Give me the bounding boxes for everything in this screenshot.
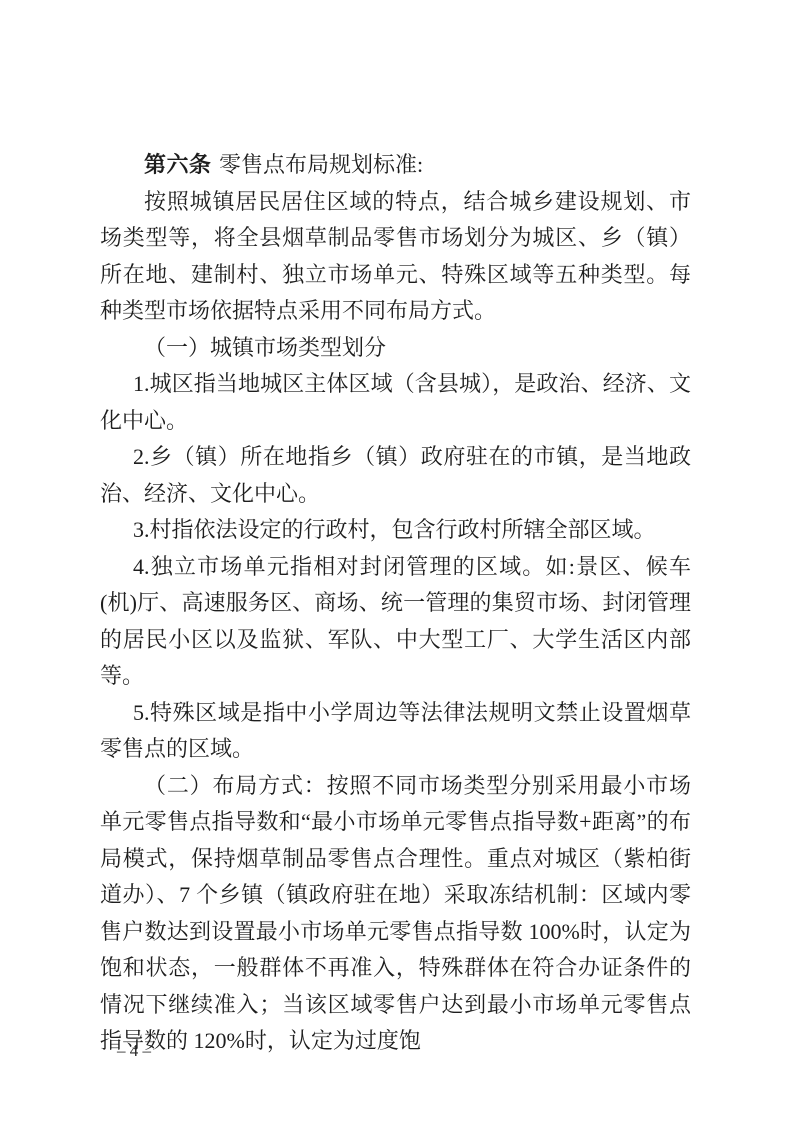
document-page: 第六条零售点布局规划标准: 按照城镇居民居住区域的特点，结合城乡建设规划、市场类…	[0, 0, 793, 1122]
item-2-township-seat: 2.乡（镇）所在地指乡（镇）政府驻在的市镇，是当地政治、经济、文化中心。	[100, 439, 691, 512]
article-heading: 第六条零售点布局规划标准:	[100, 147, 691, 184]
item-4-independent-market-unit: 4.独立市场单元指相对封闭管理的区域。如:景区、候车(机)厅、高速服务区、商场、…	[100, 549, 691, 695]
item-1-urban-area: 1.城区指当地城区主体区域（含县城），是政治、经济、文化中心。	[100, 366, 691, 439]
section-2-layout-method: （二）布局方式：按照不同市场类型分别采用最小市场单元零售点指导数和“最小市场单元…	[100, 768, 691, 1060]
article-number: 第六条	[144, 152, 211, 177]
item-5-special-zone: 5.特殊区域是指中小学周边等法律法规明文禁止设置烟草零售点的区域。	[100, 695, 691, 768]
document-body: 第六条零售点布局规划标准: 按照城镇居民居住区域的特点，结合城乡建设规划、市场类…	[100, 147, 691, 1060]
section-1-heading: （一）城镇市场类型划分	[100, 330, 691, 367]
article-title: 零售点布局规划标准:	[219, 152, 423, 177]
page-number: – 4 –	[117, 1040, 151, 1062]
item-3-village: 3.村指依法设定的行政村，包含行政村所辖全部区域。	[100, 512, 691, 549]
paragraph-market-overview: 按照城镇居民居住区域的特点，结合城乡建设规划、市场类型等，将全县烟草制品零售市场…	[100, 184, 691, 330]
